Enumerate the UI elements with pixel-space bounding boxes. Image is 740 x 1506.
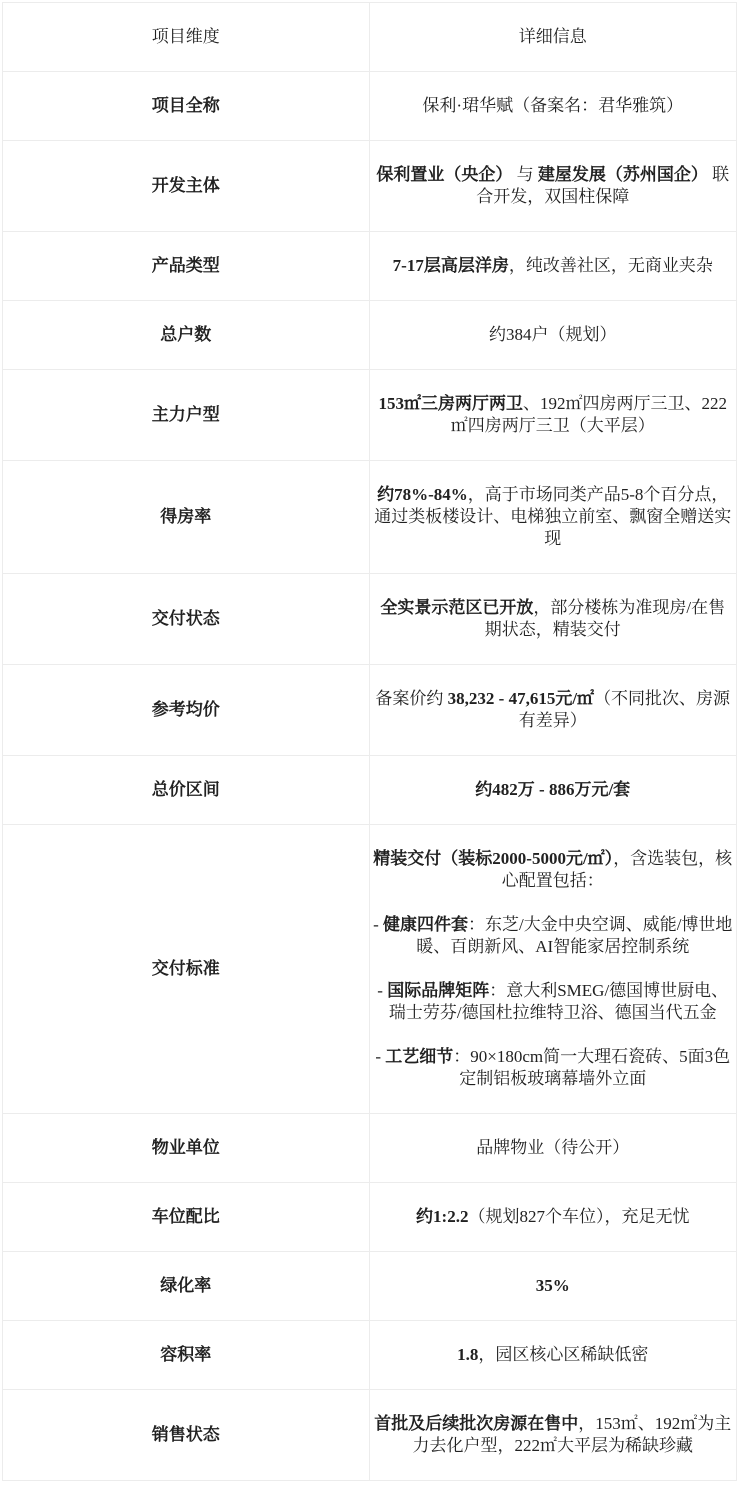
row-label: 产品类型	[3, 232, 370, 300]
row-value-content: 品牌物业（待公开）	[373, 1137, 734, 1159]
value-paragraph: 35%	[373, 1275, 734, 1297]
value-paragraph: 7-17层高层洋房，纯改善社区，无商业夹杂	[373, 255, 734, 277]
table-row: 参考均价备案价约 38,232 - 47,615元/㎡（不同批次、房源有差异）	[3, 665, 736, 756]
table-row: 交付标准精装交付（装标2000-5000元/㎡），含选装包，核心配置包括：- 健…	[3, 825, 736, 1114]
value-paragraph: 精装交付（装标2000-5000元/㎡），含选装包，核心配置包括：	[373, 848, 734, 892]
row-label: 绿化率	[3, 1252, 370, 1320]
row-value: 全实景示范区已开放，部分楼栋为准现房/在售期状态，精装交付	[370, 574, 737, 664]
row-value-content: 精装交付（装标2000-5000元/㎡），含选装包，核心配置包括：- 健康四件套…	[373, 848, 734, 1090]
value-segment-bold: 全实景示范区已开放	[380, 598, 533, 617]
value-segment: -	[373, 915, 383, 934]
column-header-details: 详细信息	[370, 3, 737, 71]
value-segment-bold: 精装交付（装标2000-5000元/㎡）	[373, 849, 613, 868]
table-row: 绿化率35%	[3, 1252, 736, 1321]
row-label: 总户数	[3, 301, 370, 369]
value-segment-bold: 1.8	[457, 1345, 478, 1364]
value-segment: ：90×180cm简一大理石瓷砖、5面3色定制铝板玻璃幕墙外立面	[453, 1047, 730, 1088]
value-paragraph: 约78%-84%，高于市场同类产品5-8个百分点，通过类板楼设计、电梯独立前室、…	[373, 484, 734, 550]
value-paragraph: 保利·珺华赋（备案名：君华雅筑）	[373, 95, 734, 117]
row-value-content: 约482万 - 886万元/套	[373, 779, 734, 801]
row-label: 容积率	[3, 1321, 370, 1389]
row-value: 35%	[370, 1252, 737, 1320]
table-row: 项目全称保利·珺华赋（备案名：君华雅筑）	[3, 72, 736, 141]
value-segment-bold: 保利置业（央企）	[376, 165, 512, 184]
table-row: 总户数约384户（规划）	[3, 301, 736, 370]
row-label: 项目全称	[3, 72, 370, 140]
value-paragraph: 约1:2.2（规划827个车位），充足无忧	[373, 1206, 734, 1228]
row-value: 备案价约 38,232 - 47,615元/㎡（不同批次、房源有差异）	[370, 665, 737, 755]
value-paragraph: 约482万 - 886万元/套	[373, 779, 734, 801]
value-segment-bold: 国际品牌矩阵	[387, 981, 489, 1000]
value-segment: 备案价约	[375, 689, 447, 708]
value-paragraph: 品牌物业（待公开）	[373, 1137, 734, 1159]
row-value: 精装交付（装标2000-5000元/㎡），含选装包，核心配置包括：- 健康四件套…	[370, 825, 737, 1113]
row-label: 得房率	[3, 461, 370, 573]
value-segment: （规划827个车位），充足无忧	[468, 1207, 689, 1226]
value-paragraph: 153㎡三房两厅两卫、192㎡四房两厅三卫、222㎡四房两厅三卫（大平层）	[373, 393, 734, 437]
value-paragraph: - 工艺细节：90×180cm简一大理石瓷砖、5面3色定制铝板玻璃幕墙外立面	[373, 1046, 734, 1090]
row-value: 约482万 - 886万元/套	[370, 756, 737, 824]
value-segment: 约384户（规划）	[489, 325, 617, 344]
table-row: 总价区间约482万 - 886万元/套	[3, 756, 736, 825]
value-segment-bold: 首批及后续批次房源在售中	[374, 1414, 578, 1433]
row-value: 153㎡三房两厅两卫、192㎡四房两厅三卫、222㎡四房两厅三卫（大平层）	[370, 370, 737, 460]
row-value-content: 1.8，园区核心区稀缺低密	[373, 1344, 734, 1366]
row-value-content: 7-17层高层洋房，纯改善社区，无商业夹杂	[373, 255, 734, 277]
row-value-content: 备案价约 38,232 - 47,615元/㎡（不同批次、房源有差异）	[373, 688, 734, 732]
value-paragraph: 约384户（规划）	[373, 324, 734, 346]
row-value-content: 约384户（规划）	[373, 324, 734, 346]
row-value-content: 约78%-84%，高于市场同类产品5-8个百分点，通过类板楼设计、电梯独立前室、…	[373, 484, 734, 550]
table-row: 车位配比约1:2.2（规划827个车位），充足无忧	[3, 1183, 736, 1252]
row-value: 约384户（规划）	[370, 301, 737, 369]
row-value: 首批及后续批次房源在售中，153㎡、192㎡为主力去化户型，222㎡大平层为稀缺…	[370, 1390, 737, 1480]
row-label: 总价区间	[3, 756, 370, 824]
value-segment: 保利·珺华赋（备案名：君华雅筑）	[422, 96, 683, 115]
value-segment-bold: 153㎡三房两厅两卫	[379, 394, 524, 413]
value-segment-bold: 约1:2.2	[416, 1207, 468, 1226]
row-label: 主力户型	[3, 370, 370, 460]
value-paragraph: 1.8，园区核心区稀缺低密	[373, 1344, 734, 1366]
table-row: 容积率1.8，园区核心区稀缺低密	[3, 1321, 736, 1390]
row-label: 物业单位	[3, 1114, 370, 1182]
row-value: 7-17层高层洋房，纯改善社区，无商业夹杂	[370, 232, 737, 300]
value-paragraph: 全实景示范区已开放，部分楼栋为准现房/在售期状态，精装交付	[373, 597, 734, 641]
table-row: 销售状态首批及后续批次房源在售中，153㎡、192㎡为主力去化户型，222㎡大平…	[3, 1390, 736, 1480]
value-segment: 品牌物业（待公开）	[476, 1138, 629, 1157]
table-row: 物业单位品牌物业（待公开）	[3, 1114, 736, 1183]
row-value: 约78%-84%，高于市场同类产品5-8个百分点，通过类板楼设计、电梯独立前室、…	[370, 461, 737, 573]
row-value-content: 153㎡三房两厅两卫、192㎡四房两厅三卫、222㎡四房两厅三卫（大平层）	[373, 393, 734, 437]
row-value-content: 约1:2.2（规划827个车位），充足无忧	[373, 1206, 734, 1228]
row-label: 销售状态	[3, 1390, 370, 1480]
value-segment-bold: 工艺细节	[385, 1047, 453, 1066]
value-segment: ，纯改善社区，无商业夹杂	[509, 256, 713, 275]
row-label: 开发主体	[3, 141, 370, 231]
row-value: 1.8，园区核心区稀缺低密	[370, 1321, 737, 1389]
project-info-table: 项目维度 详细信息 项目全称保利·珺华赋（备案名：君华雅筑）开发主体保利置业（央…	[2, 2, 737, 1481]
row-value: 品牌物业（待公开）	[370, 1114, 737, 1182]
row-label: 交付状态	[3, 574, 370, 664]
row-value-content: 保利·珺华赋（备案名：君华雅筑）	[373, 95, 734, 117]
column-header-dimension: 项目维度	[3, 3, 370, 71]
row-value: 保利置业（央企） 与 建屋发展（苏州国企） 联合开发，双国柱保障	[370, 141, 737, 231]
value-segment-bold: 约482万 - 886万元/套	[475, 780, 630, 799]
row-value: 约1:2.2（规划827个车位），充足无忧	[370, 1183, 737, 1251]
table-header-row: 项目维度 详细信息	[3, 3, 736, 72]
value-segment-bold: 建屋发展（苏州国企）	[538, 165, 708, 184]
value-paragraph: - 国际品牌矩阵：意大利SMEG/德国博世厨电、瑞士劳芬/德国杜拉维特卫浴、德国…	[373, 980, 734, 1024]
row-label: 参考均价	[3, 665, 370, 755]
row-value-content: 全实景示范区已开放，部分楼栋为准现房/在售期状态，精装交付	[373, 597, 734, 641]
value-segment-bold: 健康四件套	[383, 915, 468, 934]
value-segment-bold: 7-17层高层洋房	[393, 256, 509, 275]
value-segment: 与	[512, 165, 538, 184]
table-row: 产品类型7-17层高层洋房，纯改善社区，无商业夹杂	[3, 232, 736, 301]
row-label: 车位配比	[3, 1183, 370, 1251]
value-segment: -	[375, 1047, 385, 1066]
row-value-content: 首批及后续批次房源在售中，153㎡、192㎡为主力去化户型，222㎡大平层为稀缺…	[373, 1413, 734, 1457]
value-segment-bold: 38,232 - 47,615元/㎡	[448, 689, 594, 708]
value-paragraph: 保利置业（央企） 与 建屋发展（苏州国企） 联合开发，双国柱保障	[373, 164, 734, 208]
table-row: 开发主体保利置业（央企） 与 建屋发展（苏州国企） 联合开发，双国柱保障	[3, 141, 736, 232]
row-value-content: 35%	[373, 1275, 734, 1297]
row-value: 保利·珺华赋（备案名：君华雅筑）	[370, 72, 737, 140]
value-segment: -	[377, 981, 387, 1000]
value-paragraph: - 健康四件套：东芝/大金中央空调、威能/博世地暖、百朗新风、AI智能家居控制系…	[373, 914, 734, 958]
value-segment-bold: 约78%-84%	[377, 485, 468, 504]
table-row: 得房率约78%-84%，高于市场同类产品5-8个百分点，通过类板楼设计、电梯独立…	[3, 461, 736, 574]
table-row: 主力户型153㎡三房两厅两卫、192㎡四房两厅三卫、222㎡四房两厅三卫（大平层…	[3, 370, 736, 461]
value-paragraph: 备案价约 38,232 - 47,615元/㎡（不同批次、房源有差异）	[373, 688, 734, 732]
table-row: 交付状态全实景示范区已开放，部分楼栋为准现房/在售期状态，精装交付	[3, 574, 736, 665]
value-segment: ，园区核心区稀缺低密	[478, 1345, 648, 1364]
value-paragraph: 首批及后续批次房源在售中，153㎡、192㎡为主力去化户型，222㎡大平层为稀缺…	[373, 1413, 734, 1457]
value-segment-bold: 35%	[536, 1276, 570, 1295]
row-label: 交付标准	[3, 825, 370, 1113]
row-value-content: 保利置业（央企） 与 建屋发展（苏州国企） 联合开发，双国柱保障	[373, 164, 734, 208]
